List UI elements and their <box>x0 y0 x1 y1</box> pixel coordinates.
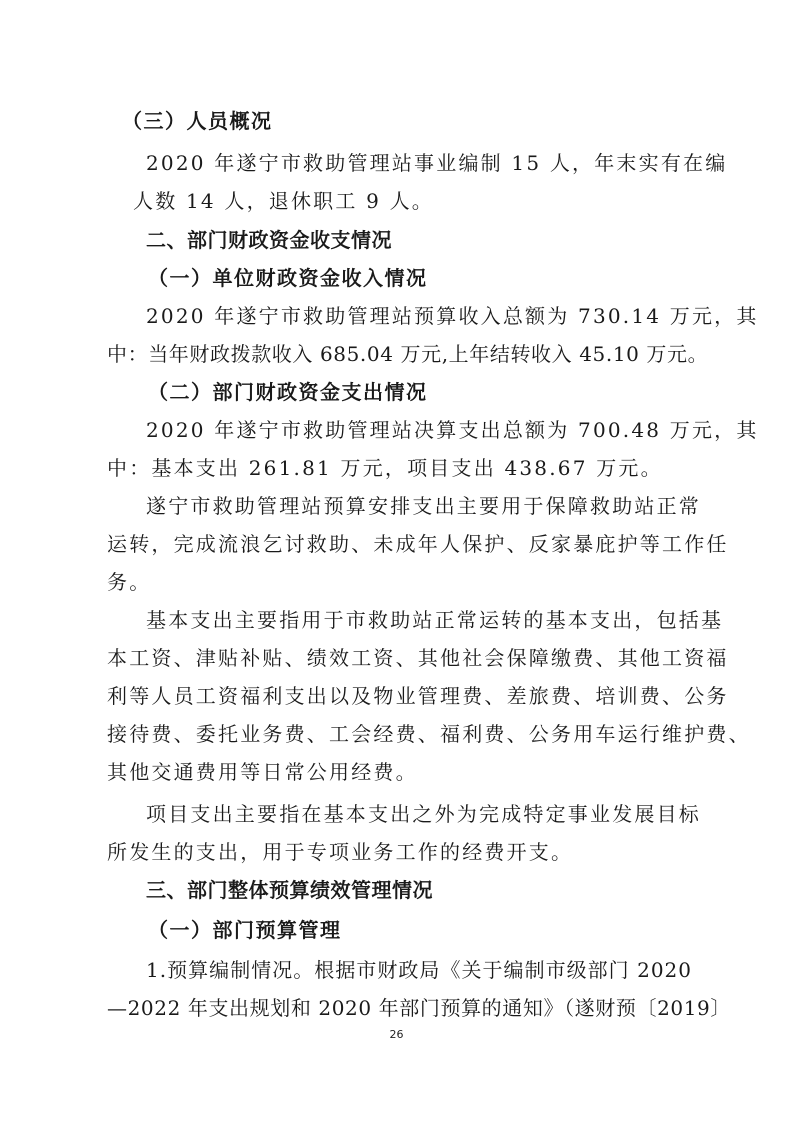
paragraph-line: 本工资、津贴补贴、绩效工资、其他社会保障缴费、其他工资福 <box>107 640 692 676</box>
paragraph-line: 中：当年财政拨款收入 685.04 万元,上年结转收入 45.10 万元。 <box>107 336 692 372</box>
paragraph-line: 运转，完成流浪乞讨救助、未成年人保护、反家暴庇护等工作任 <box>107 526 692 562</box>
section-heading-two: 二、部门财政资金收支情况 <box>146 222 731 258</box>
section-heading-personnel: （三）人员概况 <box>122 103 707 139</box>
paragraph-line: 利等人员工资福利支出以及物业管理费、差旅费、培训费、公务 <box>107 678 692 714</box>
paragraph-line: 项目支出主要指在基本支出之外为完成特定事业发展目标 <box>146 796 682 832</box>
page-number: 26 <box>0 1028 793 1041</box>
section-heading-three: 三、部门整体预算绩效管理情况 <box>146 872 731 908</box>
paragraph-line: 基本支出主要指用于市救助站正常运转的基本支出，包括基 <box>146 602 692 638</box>
paragraph-line: 务。 <box>107 564 692 600</box>
document-page: （三）人员概况 2020 年遂宁市救助管理站事业编制 15 人，年末实有在编 人… <box>0 0 793 1122</box>
subsection-heading-expenditure: （二）部门财政资金支出情况 <box>148 374 733 410</box>
paragraph-line: —2022 年支出规划和 2020 年部门预算的通知》（遂财预〔2019〕 <box>107 990 692 1026</box>
paragraph-line: 接待费、委托业务费、工会经费、福利费、公务用车运行维护费、 <box>107 716 692 752</box>
paragraph-line: 其他交通费用等日常公用经费。 <box>107 754 692 790</box>
paragraph-line: 人数 14 人，退休职工 9 人。 <box>133 183 718 219</box>
paragraph-line: 2020 年遂宁市救助管理站决算支出总额为 700.48 万元，其 <box>146 412 692 448</box>
subsection-heading-budget-management: （一）部门预算管理 <box>148 912 733 948</box>
paragraph-line: 2020 年遂宁市救助管理站预算收入总额为 730.14 万元，其 <box>146 298 692 334</box>
paragraph-line: 遂宁市救助管理站预算安排支出主要用于保障救助站正常 <box>146 488 692 524</box>
paragraph-line: 中：基本支出 261.81 万元，项目支出 438.67 万元。 <box>107 450 692 486</box>
subsection-heading-income: （一）单位财政资金收入情况 <box>148 260 733 296</box>
paragraph-line: 所发生的支出，用于专项业务工作的经费开支。 <box>107 834 692 870</box>
paragraph-line: 1.预算编制情况。根据市财政局《关于编制市级部门 2020 <box>146 952 692 988</box>
paragraph-line: 2020 年遂宁市救助管理站事业编制 15 人，年末实有在编 <box>146 145 692 181</box>
